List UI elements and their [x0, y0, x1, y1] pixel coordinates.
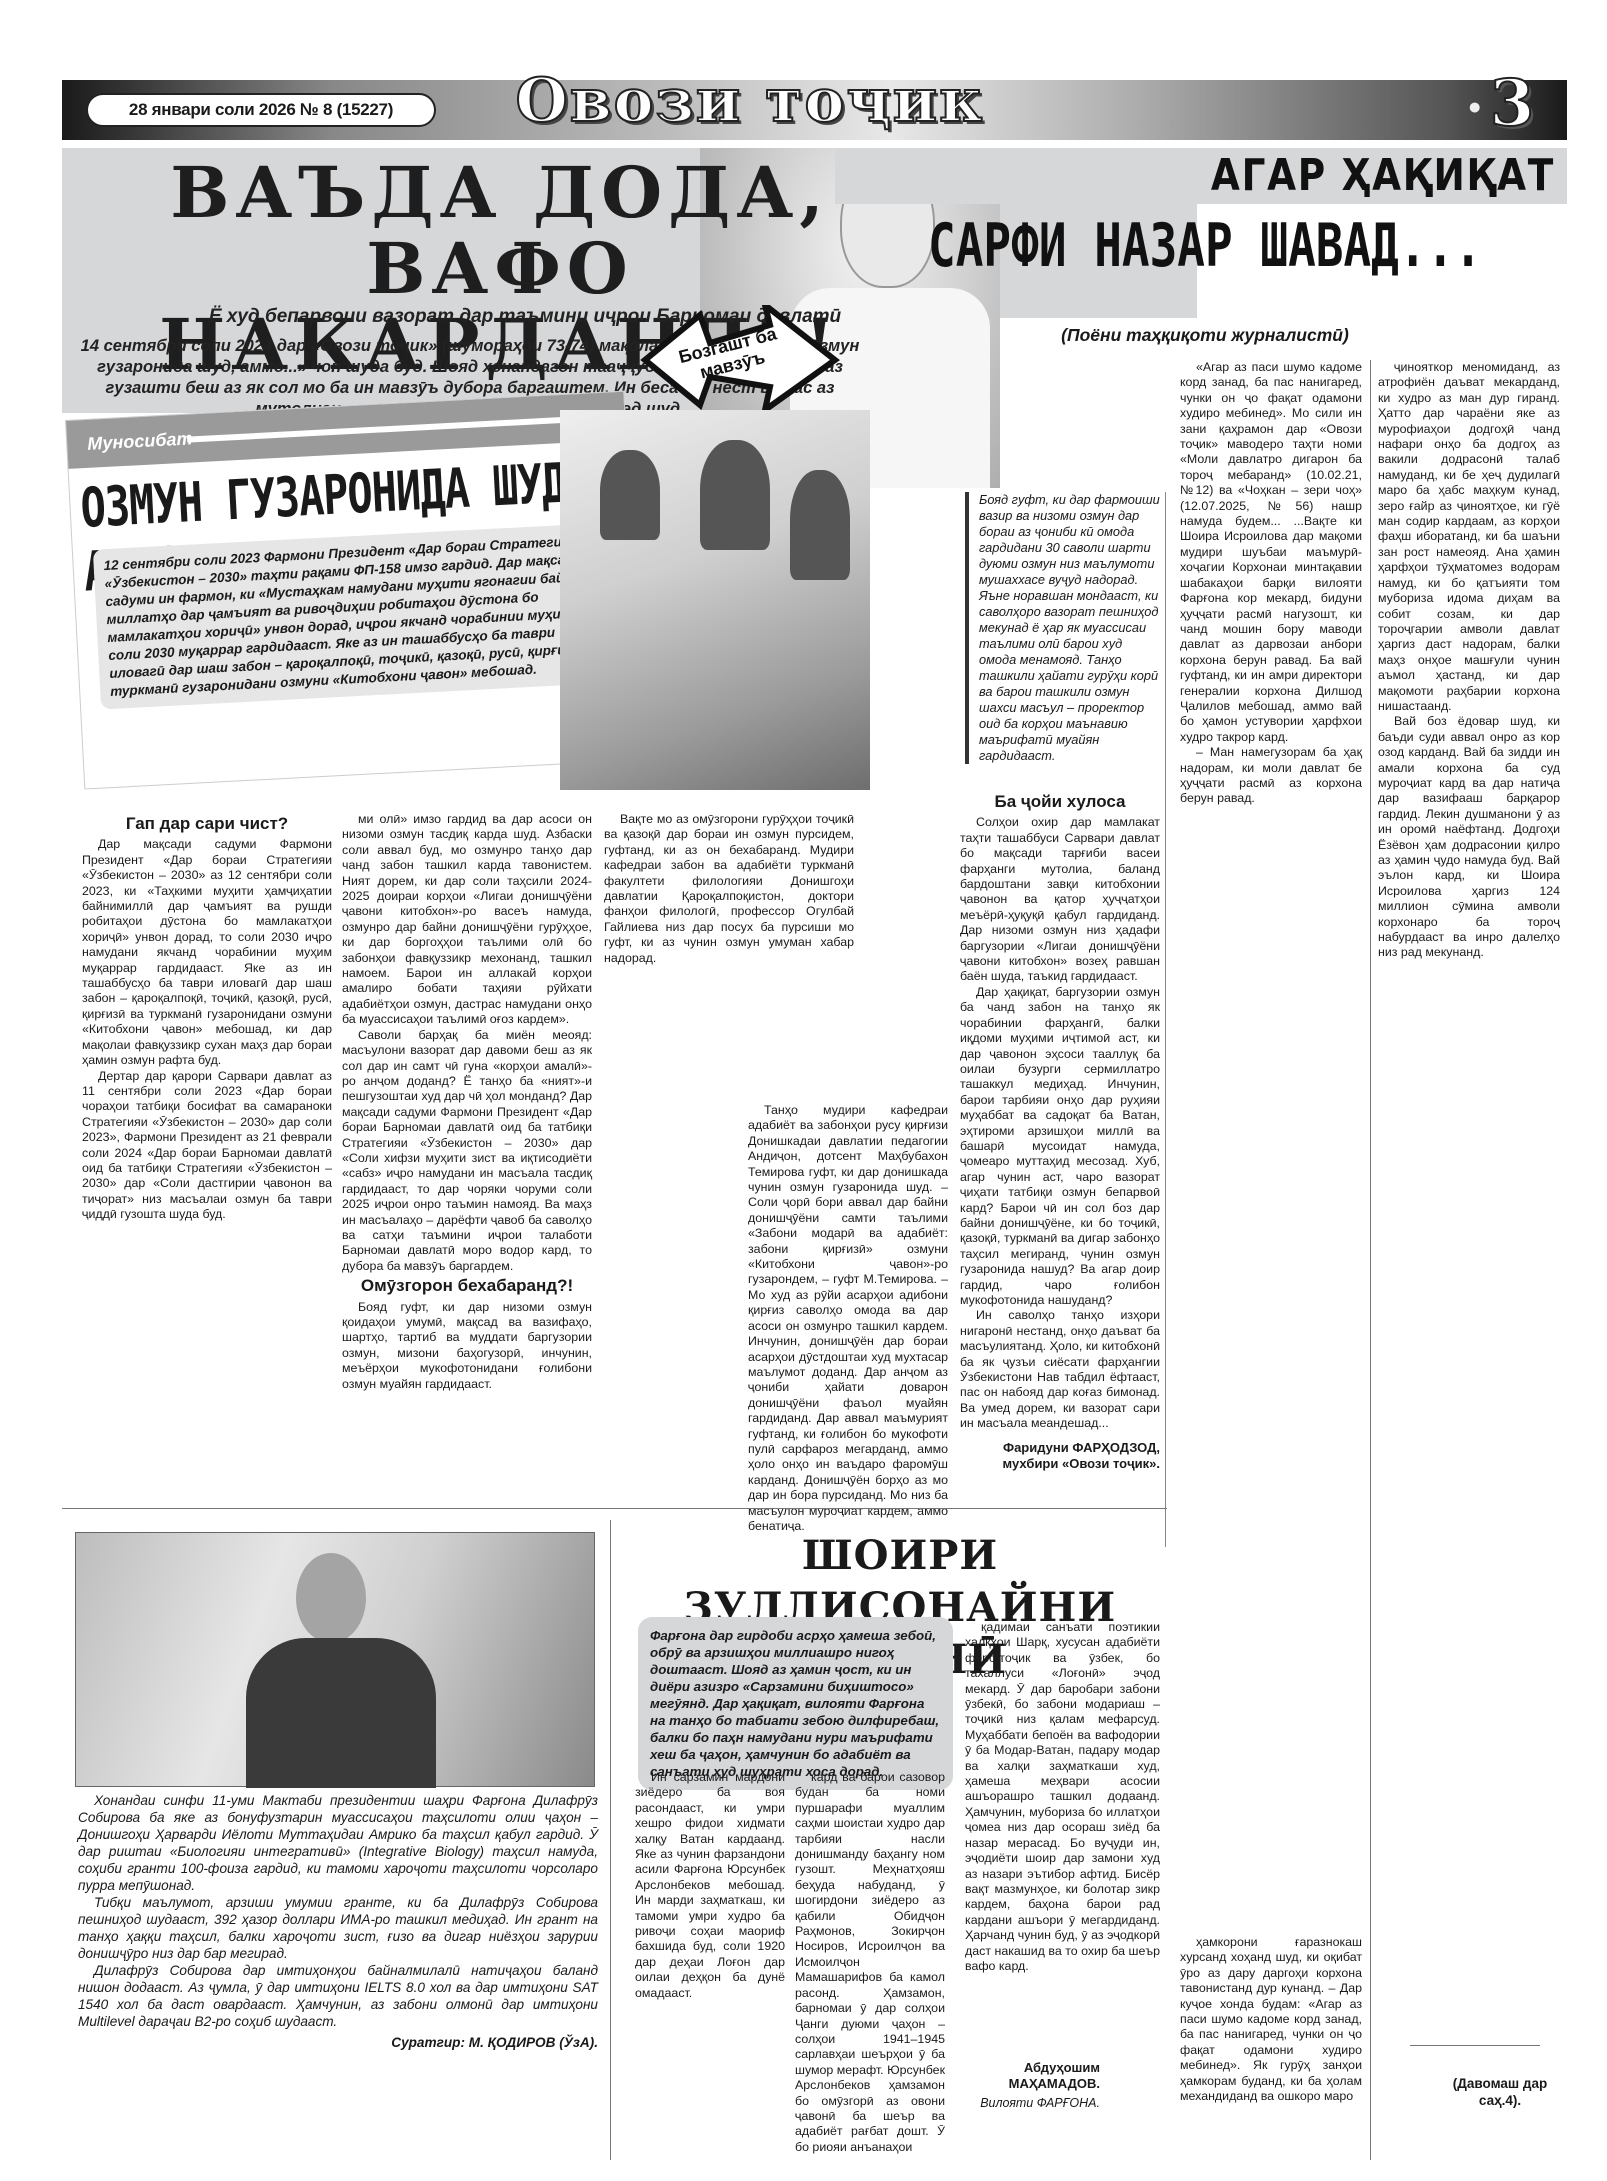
- paragraph: ми олӣ» имзо гардид ва дар асоси он низо…: [342, 812, 592, 1028]
- student-figure: [600, 450, 660, 540]
- paragraph: Ин саволҳо танҳо изҳори нигаронӣ нестанд…: [960, 1308, 1160, 1431]
- right-column-2: ҷинояткор меномиданд, аз атрофиён даъват…: [1378, 360, 1560, 961]
- paragraph: Дилафрӯз Собирова дар имтиҳонҳои байналм…: [78, 1962, 598, 2030]
- right-kicker: АГАР ҲАҚИҚАТ: [956, 150, 1555, 201]
- paragraph: Тибқи маълумот, арзиши умумии гранте, ки…: [78, 1894, 598, 1962]
- students-exam-photo: [560, 410, 870, 790]
- paragraph: Вай боз ёдовар шуд, ки баъди суди аввал …: [1378, 714, 1560, 961]
- paragraph: қадимаи санъати поэтикии халқҳои Шарқ, х…: [965, 1620, 1160, 1974]
- column-divider: [1370, 360, 1371, 2160]
- column-divider: [1165, 492, 1166, 1547]
- right-column-1: «Агар аз паси шумо кадоме корд занад, ба…: [1180, 360, 1362, 807]
- main-column-1: Гап дар сари чист? Дар мақсади садуми Фа…: [82, 812, 332, 1223]
- page-number-value: 3: [1490, 66, 1535, 141]
- section-heading: Омӯзгорон бехабаранд?!: [342, 1278, 592, 1293]
- poet-column-2: кард ва барои сазовор будан ба номи пурш…: [795, 1770, 945, 2155]
- right-subtitle: (Поёни таҳқиқоти журналистӣ): [850, 325, 1560, 346]
- paragraph: Ин сарзамин мардони зиёдеро ба воя расон…: [635, 1770, 785, 2001]
- student-figure: [700, 440, 770, 550]
- paragraph: Танҳо мудири кафедраи адабиёт ва забонҳо…: [748, 1103, 948, 1534]
- main-column-3: Вақте мо аз омӯзгорони гурӯҳҳои тоҷикӣ в…: [604, 812, 854, 966]
- paragraph: Дар мақсади садуми Фармони Президент «Да…: [82, 837, 332, 1068]
- student-figure: [790, 470, 850, 580]
- headline-line-1: ВАЪДА ДОДА,: [70, 155, 930, 231]
- bullet-icon: •: [1466, 92, 1484, 125]
- poet-column-1: Ин сарзамин мардони зиёдеро ба воя расон…: [635, 1770, 785, 2001]
- poet-column-3: қадимаи санъати поэтикии халқҳои Шарқ, х…: [965, 1620, 1160, 1974]
- end-rule: [1410, 2045, 1540, 2046]
- right-headline: САРФИ НАЗАР ШАВАД...: [850, 210, 1560, 280]
- paragraph: Солҳои охир дар мамлакат таҳти ташаббуси…: [960, 815, 1160, 984]
- paragraph: «Агар аз паси шумо кадоме корд занад, ба…: [1180, 360, 1362, 745]
- paragraph: кард ва барои сазовор будан ба номи пурш…: [795, 1770, 945, 2155]
- paragraph: Дар ҳақиқат, баргузории озмун ба чанд за…: [960, 985, 1160, 1309]
- section-heading: Ба ҷойи хулоса: [960, 794, 1160, 809]
- photo-caption: Хонандаи синфи 11-уми Мактаби президенти…: [78, 1792, 598, 2051]
- column-divider: [610, 1520, 611, 2160]
- paragraph: Хонандаи синфи 11-уми Мактаби президенти…: [78, 1792, 598, 1894]
- paragraph: Бояд гуфт, ки дар низоми озмун қоидаҳои …: [342, 1300, 592, 1392]
- poet-author-place: Вилояти ФАРҒОНА.: [960, 2096, 1100, 2110]
- student-portrait-photo: [75, 1532, 595, 1787]
- poet-lede: Фарғона дар гирдоби асрҳо ҳамеша зебоӣ, …: [638, 1617, 953, 1790]
- section-divider: [62, 1508, 1167, 1509]
- newspaper-logo: Овози тоҷик: [300, 66, 1200, 136]
- paragraph: Вақте мо аз омӯзгорони гурӯҳҳои тоҷикӣ в…: [604, 812, 854, 966]
- poet-author: Абдуҳошим МАҲАМАДОВ.: [960, 2060, 1100, 2092]
- paragraph: Саволи барҳақ ба миён меояд: масъулони в…: [342, 1028, 592, 1275]
- continued-link[interactable]: (Давомаш дар саҳ.4).: [1440, 2075, 1560, 2109]
- pull-quote: Бояд гуфт, ки дар фармоиши вазир ва низо…: [965, 492, 1160, 764]
- head-shape: [296, 1553, 366, 1643]
- paragraph: – Ман намегузорам ба ҳақ надорам, ки мол…: [1180, 745, 1362, 807]
- main-column-5: Ба ҷойи хулоса Солҳои охир дар мамлакат …: [960, 790, 1160, 1472]
- page-number: •3: [1440, 66, 1560, 141]
- section-heading: Гап дар сари чист?: [82, 816, 332, 831]
- right-column-1-bottom: ҳамкорони ғаразнокаш хурсанд хоҳанд шуд,…: [1180, 1935, 1362, 2104]
- paragraph: ҳамкорони ғаразнокаш хурсанд хоҳанд шуд,…: [1180, 1935, 1362, 2104]
- old-article-clipping: Муносибат ОЗМУН ГУЗАРОНИДА ШУД, АММО. 12…: [65, 391, 644, 790]
- clipping-text: 12 сентябри соли 2023 Фармони Президент …: [93, 523, 621, 710]
- main-column-4: Танҳо мудири кафедраи адабиёт ва забонҳо…: [748, 1103, 948, 1534]
- photo-credit: Суратгир: М. ҚОДИРОВ (ЎзА).: [78, 2034, 598, 2051]
- suit-shape: [246, 1638, 436, 1788]
- main-column-2: ми олӣ» имзо гардид ва дар асоси он низо…: [342, 812, 592, 1392]
- paragraph: Дертар дар қарори Сарвари давлат аз 11 с…: [82, 1069, 332, 1223]
- paragraph: ҷинояткор меномиданд, аз атрофиён даъват…: [1378, 360, 1560, 714]
- author-role: мухбири «Овози тоҷик».: [960, 1456, 1160, 1472]
- author-name: Фаридуни ФАРҲОДЗОД,: [960, 1440, 1160, 1456]
